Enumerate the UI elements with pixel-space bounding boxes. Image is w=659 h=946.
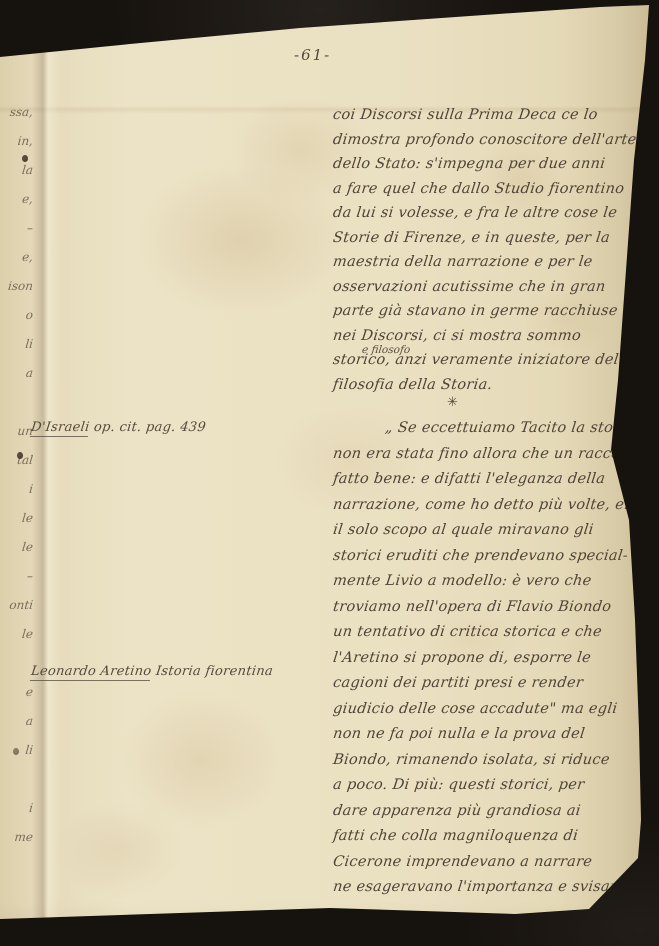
manuscript-line: l'Aretino si propone di, esporre le (331, 646, 639, 672)
edge-text-fragment: le (0, 620, 38, 649)
photo-background: ssa,in,lae,–e,isonoliauntalilele–ontilee… (0, 0, 659, 946)
edge-text-fragment: onti (0, 591, 38, 620)
edge-text-fragment: le (0, 504, 38, 533)
manuscript-line: troviamo nell'opera di Flavio Biondo (331, 595, 639, 621)
manuscript-line: un tentativo di critica storica e che (331, 620, 639, 646)
manuscript-line: da lui si volesse, e fra le altre cose l… (331, 201, 639, 226)
paragraph-2: „ Se eccettuiamo Tacito la storianon era… (333, 416, 638, 901)
manuscript-line: „ Se eccettuiamo Tacito la storia (331, 416, 639, 442)
manuscript-line: coi Discorsi sulla Prima Deca ce lo (331, 103, 639, 128)
manuscript-line: giudicio delle cose accadute" ma egli (331, 697, 639, 723)
margin-note-disraeli: D'Israeli op. cit. pag. 439 (30, 420, 207, 435)
edge-text-fragment (0, 388, 38, 417)
manuscript-line: dello Stato: s'impegna per due anni (331, 152, 639, 177)
manuscript-line: Storie di Firenze, e in queste, per la (331, 226, 639, 251)
manuscript-line: dimostra profondo conoscitore dell'arte (331, 128, 639, 153)
manuscript-line: mente Livio a modello: è vero che (331, 569, 639, 595)
edge-text-fragment: o (0, 301, 38, 330)
edge-text-fragment: i (0, 794, 38, 823)
paper-surface: ssa,in,lae,–e,isonoliauntalilele–ontilee… (0, 0, 659, 946)
edge-text-fragment: e, (0, 185, 38, 214)
edge-text-fragment: ison (0, 272, 38, 301)
margin-note-citation: op. cit. pag. 439 (93, 420, 207, 435)
edge-text-fragment: – (0, 562, 38, 591)
edge-text-fragment: tal (0, 446, 38, 475)
edge-text-fragment: me (0, 823, 38, 852)
interlinear-insertion: e filosofo (361, 344, 411, 356)
edge-text-fragment: li (0, 330, 38, 359)
previous-page-edge: ssa,in,lae,–e,isonoliauntalilele–ontilee… (0, 98, 36, 852)
manuscript-line: osservazioni acutissime che in gran (331, 275, 639, 300)
edge-text-fragment: li (0, 736, 38, 765)
manuscript-line: parte già stavano in germe racchiuse (331, 299, 639, 324)
edge-text-fragment: e, (0, 243, 38, 272)
margin-note-author: D'Israeli (30, 420, 91, 437)
manuscript-line: storici eruditi che prendevano special- (331, 544, 639, 570)
edge-text-fragment: e (0, 678, 38, 707)
edge-text-fragment: in, (0, 127, 38, 156)
edge-text-fragment: a (0, 707, 38, 736)
edge-text-fragment: le (0, 533, 38, 562)
edge-text-fragment: i (0, 475, 38, 504)
manuscript-line: fatti che colla magniloquenza di (331, 824, 639, 850)
section-divider-mark: ✳ (447, 395, 458, 410)
margin-note-citation: Istoria fiorentina (155, 664, 274, 679)
manuscript-line: dare apparenza più grandiosa ai (331, 799, 639, 825)
manuscript-line: non ne fa poi nulla e la prova del (331, 722, 639, 748)
margin-note-aretino: Leonardo Aretino Istoria fiorentina (30, 664, 274, 679)
manuscript-line: Biondo, rimanendo isolata, si riduce (331, 748, 639, 774)
manuscript-line: filosofia della Storia. (331, 373, 639, 398)
manuscript-page: ssa,in,lae,–e,isonoliauntalilele–ontilee… (0, 0, 659, 946)
manuscript-line: a fare quel che dallo Studio fiorentino (331, 177, 639, 202)
manuscript-line: il solo scopo al quale miravano gli (331, 518, 639, 544)
manuscript-line: non era stata fino allora che un raccont… (331, 442, 639, 468)
manuscript-line: ne esageravano l'importanza e svisano (331, 875, 639, 901)
manuscript-line: maestria della narrazione e per le (331, 250, 639, 275)
edge-text-fragment: ssa, (0, 98, 38, 127)
page-number: -61- (294, 46, 331, 64)
edge-text-fragment: – (0, 214, 38, 243)
manuscript-line: Cicerone imprendevano a narrare (331, 850, 639, 876)
manuscript-line: narrazione, come ho detto più volte, era (331, 493, 639, 519)
edge-text-fragment: la (0, 156, 38, 185)
margin-note-author: Leonardo Aretino (30, 664, 153, 681)
edge-text-fragment: a (0, 359, 38, 388)
edge-text-fragment (0, 765, 38, 794)
manuscript-line: cagioni dei partiti presi e render (331, 671, 639, 697)
manuscript-line: a poco. Di più: questi storici, per (331, 773, 639, 799)
manuscript-line: fatto bene: e difatti l'eleganza della (331, 467, 639, 493)
